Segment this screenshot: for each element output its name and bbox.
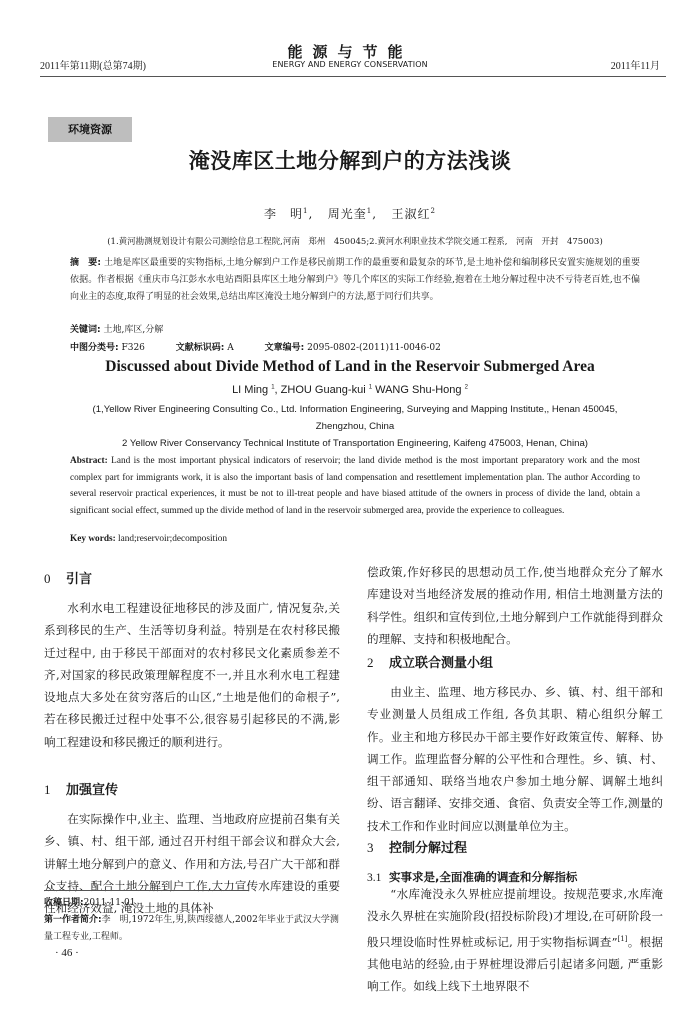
affiliation-en: (1,Yellow River Engineering Consulting C… — [40, 401, 670, 452]
affiliation-cn: (1.黄河勘测规划设计有限公司测绘信息工程院,河南 郑州 450045;2.黄河… — [50, 235, 660, 247]
paragraph-survey-team: 由业主、监理、地方移民办、乡、镇、村、组干部和专业测量人员组成工作组, 各负其职… — [367, 681, 663, 837]
keywords-cn: 关键词: 土地,库区,分解 — [70, 322, 163, 335]
section-title: 控制分解过程 — [389, 841, 467, 856]
author-affil-sup: 2 — [465, 384, 468, 390]
paragraph-boundary-stakes: “水库淹没永久界桩应提前埋设。按规范要求,水库淹没永久界桩在实施阶段(招投标阶段… — [367, 883, 663, 997]
paper-title-cn: 淹没库区土地分解到户的方法浅谈 — [0, 145, 700, 175]
clc-value: F326 — [121, 343, 144, 353]
affiliation-en-line3: 2 Yellow River Conservancy Technical Ins… — [40, 435, 670, 452]
issue-date: 2011年11月 — [611, 57, 660, 72]
received-date: 收稿日期:2011-11-01 — [44, 895, 344, 912]
section-number: 0 — [44, 571, 66, 587]
received-value: 2011-11-01 — [84, 898, 136, 908]
author-affil-sup: 1 — [303, 207, 308, 215]
keywords-label-cn: 关键词: — [70, 325, 101, 335]
journal-masthead: 能源与节能 ENERGY AND ENERGY CONSERVATION — [0, 44, 700, 70]
section-tag: 环境资源 — [48, 117, 132, 142]
author-bio-label: 第一作者简介: — [44, 915, 102, 925]
keywords-label-en: Key words: — [70, 534, 116, 544]
doc-code-value: A — [227, 343, 234, 353]
section-heading-3: 3控制分解过程 — [367, 837, 467, 856]
section-number: 1 — [44, 782, 66, 798]
keywords-text-en: land;reservoir;decomposition — [118, 534, 227, 544]
footnote-divider — [44, 890, 249, 891]
clc-label: 中图分类号: — [70, 343, 119, 353]
author-name-en: ZHOU Guang-kui — [281, 384, 366, 396]
abstract-en: Abstract: Land is the most important phy… — [70, 453, 640, 519]
subsection-title: 实事求是,全面准确的调查和分解指标 — [389, 870, 577, 884]
article-no-value: 2095-0802-(2011)11-0046-02 — [307, 343, 441, 353]
doc-code-label: 文献标识码: — [176, 343, 225, 353]
paper-title-en: Discussed about Divide Method of Land in… — [0, 358, 700, 376]
authors-en: LI Ming 1, ZHOU Guang-kui 1 WANG Shu-Hon… — [0, 384, 700, 396]
article-no-label: 文章编号: — [265, 343, 305, 353]
affiliation-en-line2: Zhengzhou, China — [40, 418, 670, 435]
paragraph-publicity-continued: 偿政策,作好移民的思想动员工作,使当地群众充分了解水库建设对当地经济发展的推动作… — [367, 561, 663, 650]
author-affil-sup: 1 — [367, 207, 372, 215]
keywords-en: Key words: land;reservoir;decomposition — [70, 534, 227, 544]
author-name: 王淑红 — [392, 207, 431, 221]
page-number: · 46 · — [55, 947, 79, 959]
section-title: 引言 — [66, 572, 92, 587]
citation-ref[interactable]: [1] — [618, 935, 628, 943]
author-affil-sup: 1 — [271, 384, 274, 390]
author-name: 李 明 — [264, 207, 303, 221]
section-number: 2 — [367, 655, 389, 671]
section-heading-2: 2成立联合测量小组 — [367, 652, 493, 671]
abstract-text-cn: 土地是库区最重要的实物指标,土地分解到户工作是移民前期工作的最重要和最复杂的环节… — [70, 258, 640, 302]
keywords-text-cn: 土地,库区,分解 — [103, 325, 163, 335]
header-divider — [40, 76, 666, 77]
authors-cn: 李 明1, 周光奎1, 王淑红2 — [0, 205, 700, 222]
author-name-en: LI Ming — [232, 384, 268, 396]
author-name-en: WANG Shu-Hong — [375, 384, 461, 396]
section-title: 加强宣传 — [66, 783, 118, 798]
author-affil-sup: 1 — [369, 384, 372, 390]
section-number: 3 — [367, 840, 389, 856]
paragraph-intro: 水利水电工程建设征地移民的涉及面广, 情况复杂,关系到移民的生产、生活等切身利益… — [44, 597, 340, 753]
journal-name-cn: 能源与节能 — [0, 44, 700, 60]
received-label: 收稿日期: — [44, 898, 84, 908]
classification-line: 中图分类号: F326 文献标识码: A 文章编号: 2095-0802-(20… — [70, 340, 441, 353]
author-affil-sup: 2 — [431, 207, 436, 215]
author-name: 周光奎 — [328, 207, 367, 221]
first-author-bio: 第一作者简介:李 明,1972年生,男,陕西绥德人,2002年毕业于武汉大学测量… — [44, 912, 344, 946]
abstract-label-cn: 摘 要: — [70, 258, 101, 268]
abstract-text-en: Land is the most important physical indi… — [70, 456, 640, 516]
affiliation-en-line1: (1,Yellow River Engineering Consulting C… — [40, 401, 670, 418]
section-title: 成立联合测量小组 — [389, 656, 493, 671]
abstract-cn: 摘 要: 土地是库区最重要的实物指标,土地分解到户工作是移民前期工作的最重要和最… — [70, 255, 640, 306]
section-heading-1: 1加强宣传 — [44, 779, 118, 798]
abstract-label-en: Abstract: — [70, 456, 108, 466]
section-heading-0: 0引言 — [44, 568, 92, 587]
journal-name-en: ENERGY AND ENERGY CONSERVATION — [0, 60, 700, 70]
